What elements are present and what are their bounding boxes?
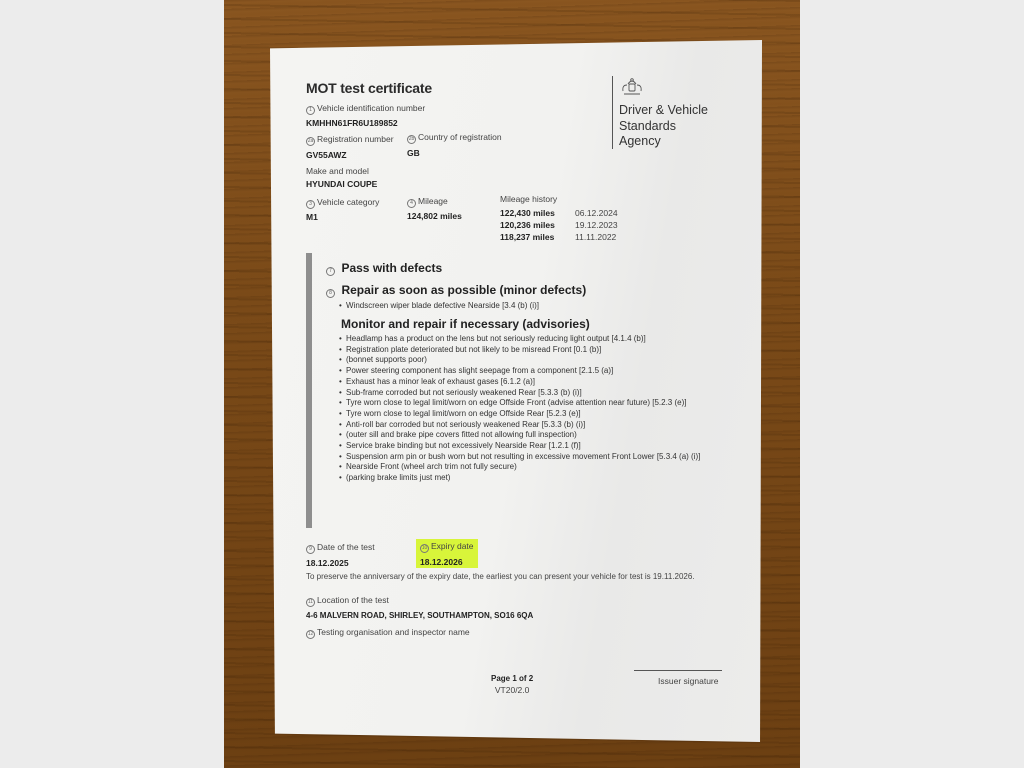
mileage-history-row: 122,430 miles 06.12.2024 [500, 207, 618, 219]
advisories-heading: Monitor and repair if necessary (advisor… [341, 317, 721, 331]
agency-name-line: Driver & Vehicle [619, 103, 708, 119]
expiry-date-label: Expiry date [431, 541, 474, 551]
result-status: 7 Pass with defects [326, 259, 442, 277]
field-number-icon: 4 [407, 199, 416, 208]
make-model-label: Make and model [306, 166, 377, 176]
field-number-icon: 3 [306, 200, 315, 209]
form-code: VT20/2.0 [491, 685, 533, 695]
field-number-icon: 7 [326, 267, 335, 276]
advisory-item: Nearside Front (wheel arch trim not full… [338, 462, 721, 473]
mileage-label: Mileage [418, 196, 448, 206]
expiry-date-value: 18.12.2026 [420, 557, 474, 567]
make-model-value: HYUNDAI COUPE [306, 179, 377, 189]
vin-field: 1Vehicle identification number KMHHN61FR… [306, 103, 425, 128]
anniversary-note: To preserve the anniversary of the expir… [306, 571, 726, 582]
category-field: 3Vehicle category M1 [306, 197, 379, 222]
vin-label: Vehicle identification number [317, 103, 425, 113]
page-number: Page 1 of 2 [491, 674, 533, 683]
dvsa-logo: Driver & Vehicle Standards Agency [612, 76, 708, 149]
signature-line [634, 670, 722, 671]
make-model-field: Make and model HYUNDAI COUPE [306, 166, 377, 189]
advisory-item: Headlamp has a product on the lens but n… [338, 334, 721, 345]
mileage-field: 4Mileage 124,802 miles [407, 196, 462, 221]
registration-field: 2aRegistration number GV55AWZ [306, 134, 394, 160]
field-number-icon: 2a [306, 137, 315, 146]
advisory-item: Service brake binding but not excessivel… [338, 441, 721, 452]
issuer-signature-label: Issuer signature [658, 676, 718, 686]
category-value: M1 [306, 212, 379, 222]
category-label: Vehicle category [317, 197, 379, 207]
advisories-section: Monitor and repair if necessary (advisor… [341, 317, 721, 484]
mileage-history-row: 118,237 miles 11.11.2022 [500, 231, 618, 243]
registration-value: GV55AWZ [306, 150, 394, 160]
field-number-icon: 2b [407, 135, 416, 144]
defect-item: Windscreen wiper blade defective Nearsid… [338, 301, 721, 312]
advisory-item: Anti-roll bar corroded but not seriously… [338, 420, 721, 431]
organisation-field: 12Testing organisation and inspector nam… [306, 627, 470, 639]
minor-defects-list: Windscreen wiper blade defective Nearsid… [338, 301, 721, 312]
page-footer: Page 1 of 2 VT20/2.0 [491, 674, 533, 695]
certificate-title: MOT test certificate [306, 80, 432, 96]
advisory-item: Tyre worn close to legal limit/worn on e… [338, 398, 721, 409]
agency-name-line: Agency [619, 134, 708, 150]
advisory-item: Suspension arm pin or bush worn but not … [338, 452, 721, 463]
mileage-history: Mileage history 122,430 miles 06.12.2024… [500, 194, 618, 243]
mileage-history-row: 120,236 miles 19.12.2023 [500, 219, 618, 231]
result-status-text: Pass with defects [341, 261, 442, 275]
minor-defects-section: 8 Repair as soon as possible (minor defe… [326, 281, 721, 312]
advisory-item: Registration plate deteriorated but not … [338, 345, 721, 356]
field-number-icon: 1 [306, 106, 315, 115]
location-field: 11Location of the test 4-6 MALVERN ROAD,… [306, 595, 533, 620]
location-label: Location of the test [317, 595, 389, 605]
test-date-label: Date of the test [317, 542, 375, 552]
test-date-value: 18.12.2025 [306, 558, 375, 568]
field-number-icon: 12 [306, 630, 315, 639]
minor-defects-heading: Repair as soon as possible (minor defect… [341, 283, 586, 297]
result-section-bar [306, 253, 312, 528]
field-number-icon: 11 [306, 598, 315, 607]
field-number-icon: 9 [306, 545, 315, 554]
country-label: Country of registration [418, 132, 502, 142]
advisory-item: Exhaust has a minor leak of exhaust gase… [338, 377, 721, 388]
location-value: 4-6 MALVERN ROAD, SHIRLEY, SOUTHAMPTON, … [306, 611, 533, 620]
mileage-value: 124,802 miles [407, 211, 462, 221]
agency-name-line: Standards [619, 119, 708, 135]
test-date-field: 9Date of the test 18.12.2025 [306, 542, 375, 568]
field-number-icon: 8 [326, 289, 335, 298]
advisory-item: Tyre worn close to legal limit/worn on e… [338, 409, 721, 420]
royal-crest-icon [619, 76, 645, 96]
registration-label: Registration number [317, 134, 394, 144]
advisory-item: (outer sill and brake pipe covers fitted… [338, 430, 721, 441]
vin-value: KMHHN61FR6U189852 [306, 118, 425, 128]
advisory-item: (bonnet supports poor) [338, 355, 721, 366]
organisation-label: Testing organisation and inspector name [317, 627, 470, 637]
country-field: 2bCountry of registration GB [407, 132, 502, 158]
expiry-date-field-highlighted: 10Expiry date 18.12.2026 [416, 539, 478, 568]
advisory-item: Sub-frame corroded but not seriously wea… [338, 388, 721, 399]
country-value: GB [407, 148, 502, 158]
advisories-list: Headlamp has a product on the lens but n… [338, 334, 721, 484]
advisory-item: (parking brake limits just met) [338, 473, 721, 484]
mot-certificate-page: MOT test certificate 1Vehicle identifica… [270, 40, 762, 742]
advisory-item: Power steering component has slight seep… [338, 366, 721, 377]
mileage-history-label: Mileage history [500, 194, 618, 204]
field-number-icon: 10 [420, 544, 429, 553]
